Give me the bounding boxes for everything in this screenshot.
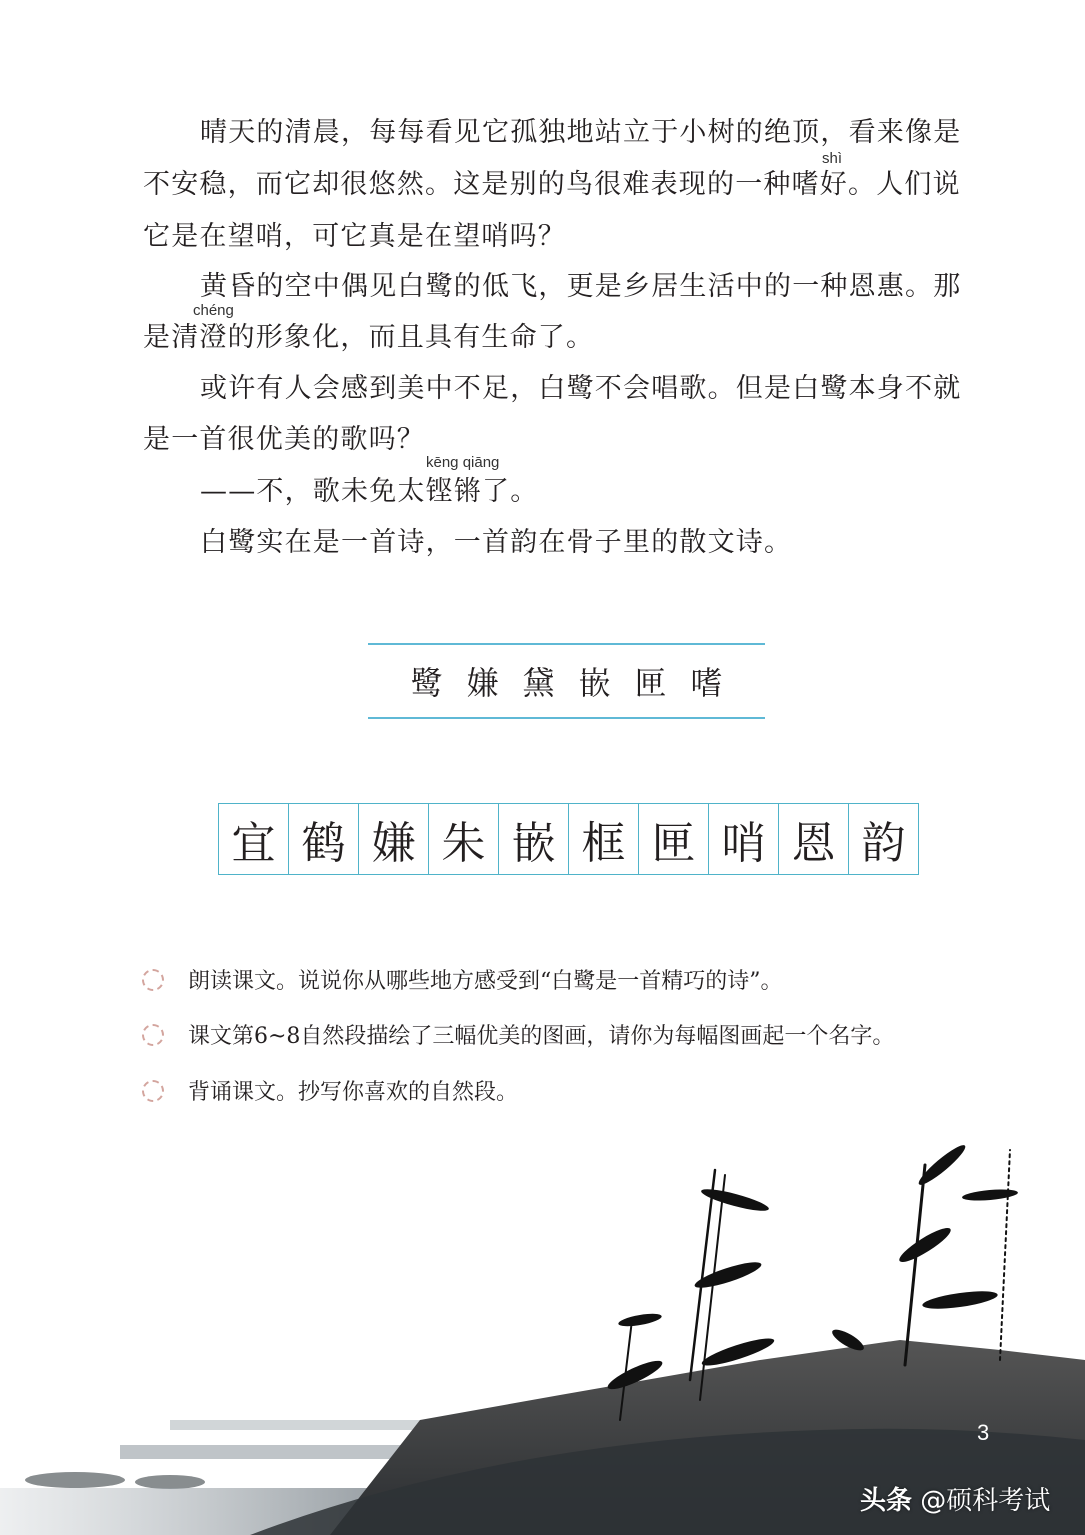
pinyin-cheng: chéng [193,302,234,319]
exercise-item: 朗读课文。说说你从哪些地方感受到“白鹭是一首精巧的诗”。 [142,964,783,995]
vocab-char: 匣 [635,658,667,704]
pinyin-kengqiang: kēng qiāng [426,454,499,471]
grid-cell: 韵 [849,804,918,874]
grid-cell: 嵌 [499,804,569,874]
dashed-circle-icon [142,1080,164,1102]
writing-grid: 宜 鹤 嫌 朱 嵌 框 匣 哨 恩 韵 [218,803,919,875]
vocab-char: 嫌 [466,658,498,704]
exercise-text: 课文第6~8自然段描绘了三幅优美的图画，请你为每幅图画起一个名字。 [188,1019,894,1050]
passage-line-1: 晴天的清晨，每每看见它孤独地站立于小树的绝顶，看来像是 [200,118,961,148]
dashed-circle-icon [142,969,164,991]
exercise-item: 课文第6~8自然段描绘了三幅优美的图画，请你为每幅图画起一个名字。 [142,1019,894,1050]
vocab-char: 黛 [522,658,554,704]
passage-line-9: 白鹭实在是一首诗，一首韵在骨子里的散文诗。 [200,528,792,558]
passage-line-8: ——不，歌未免太铿锵了。 [200,477,538,507]
passage-line-5: 是清澄的形象化，而且具有生命了。 [143,323,594,353]
watermark-brand: 头条 [860,1486,912,1516]
grid-cell: 朱 [429,804,499,874]
grid-cell: 框 [569,804,639,874]
watermark: 头条 @硕科考试 [860,1480,1050,1517]
dashed-circle-icon [142,1024,164,1046]
grid-cell: 哨 [709,804,779,874]
passage-line-6: 或许有人会感到美中不足，白鹭不会唱歌。但是白鹭本身不就 [200,374,961,404]
vocab-recognize-box: 鹭 嫌 黛 嵌 匣 嗜 [368,643,765,719]
pinyin-shi: shì [822,150,842,167]
ink-wash-landscape-illustration [0,1100,1085,1535]
grid-cell: 嫌 [359,804,429,874]
page-number: 3 [977,1420,989,1446]
vocab-char: 鹭 [410,658,442,704]
passage-line-4: 黄昏的空中偶见白鹭的低飞，更是乡居生活中的一种恩惠。那 [200,272,961,302]
grid-cell: 宜 [219,804,289,874]
passage-line-7: 是一首很优美的歌吗？ [143,425,425,455]
grid-cell: 匣 [639,804,709,874]
exercise-text: 朗读课文。说说你从哪些地方感受到“白鹭是一首精巧的诗”。 [188,964,783,995]
watermark-handle: @硕科考试 [920,1486,1050,1516]
grid-cell: 鹤 [289,804,359,874]
grid-cell: 恩 [779,804,849,874]
vocab-char: 嵌 [579,658,611,704]
passage-line-2: 不安稳，而它却很悠然。这是别的鸟很难表现的一种嗜好。人们说 [143,170,961,200]
vocab-char: 嗜 [691,658,723,704]
passage-line-3: 它是在望哨，可它真是在望哨吗？ [143,222,566,252]
